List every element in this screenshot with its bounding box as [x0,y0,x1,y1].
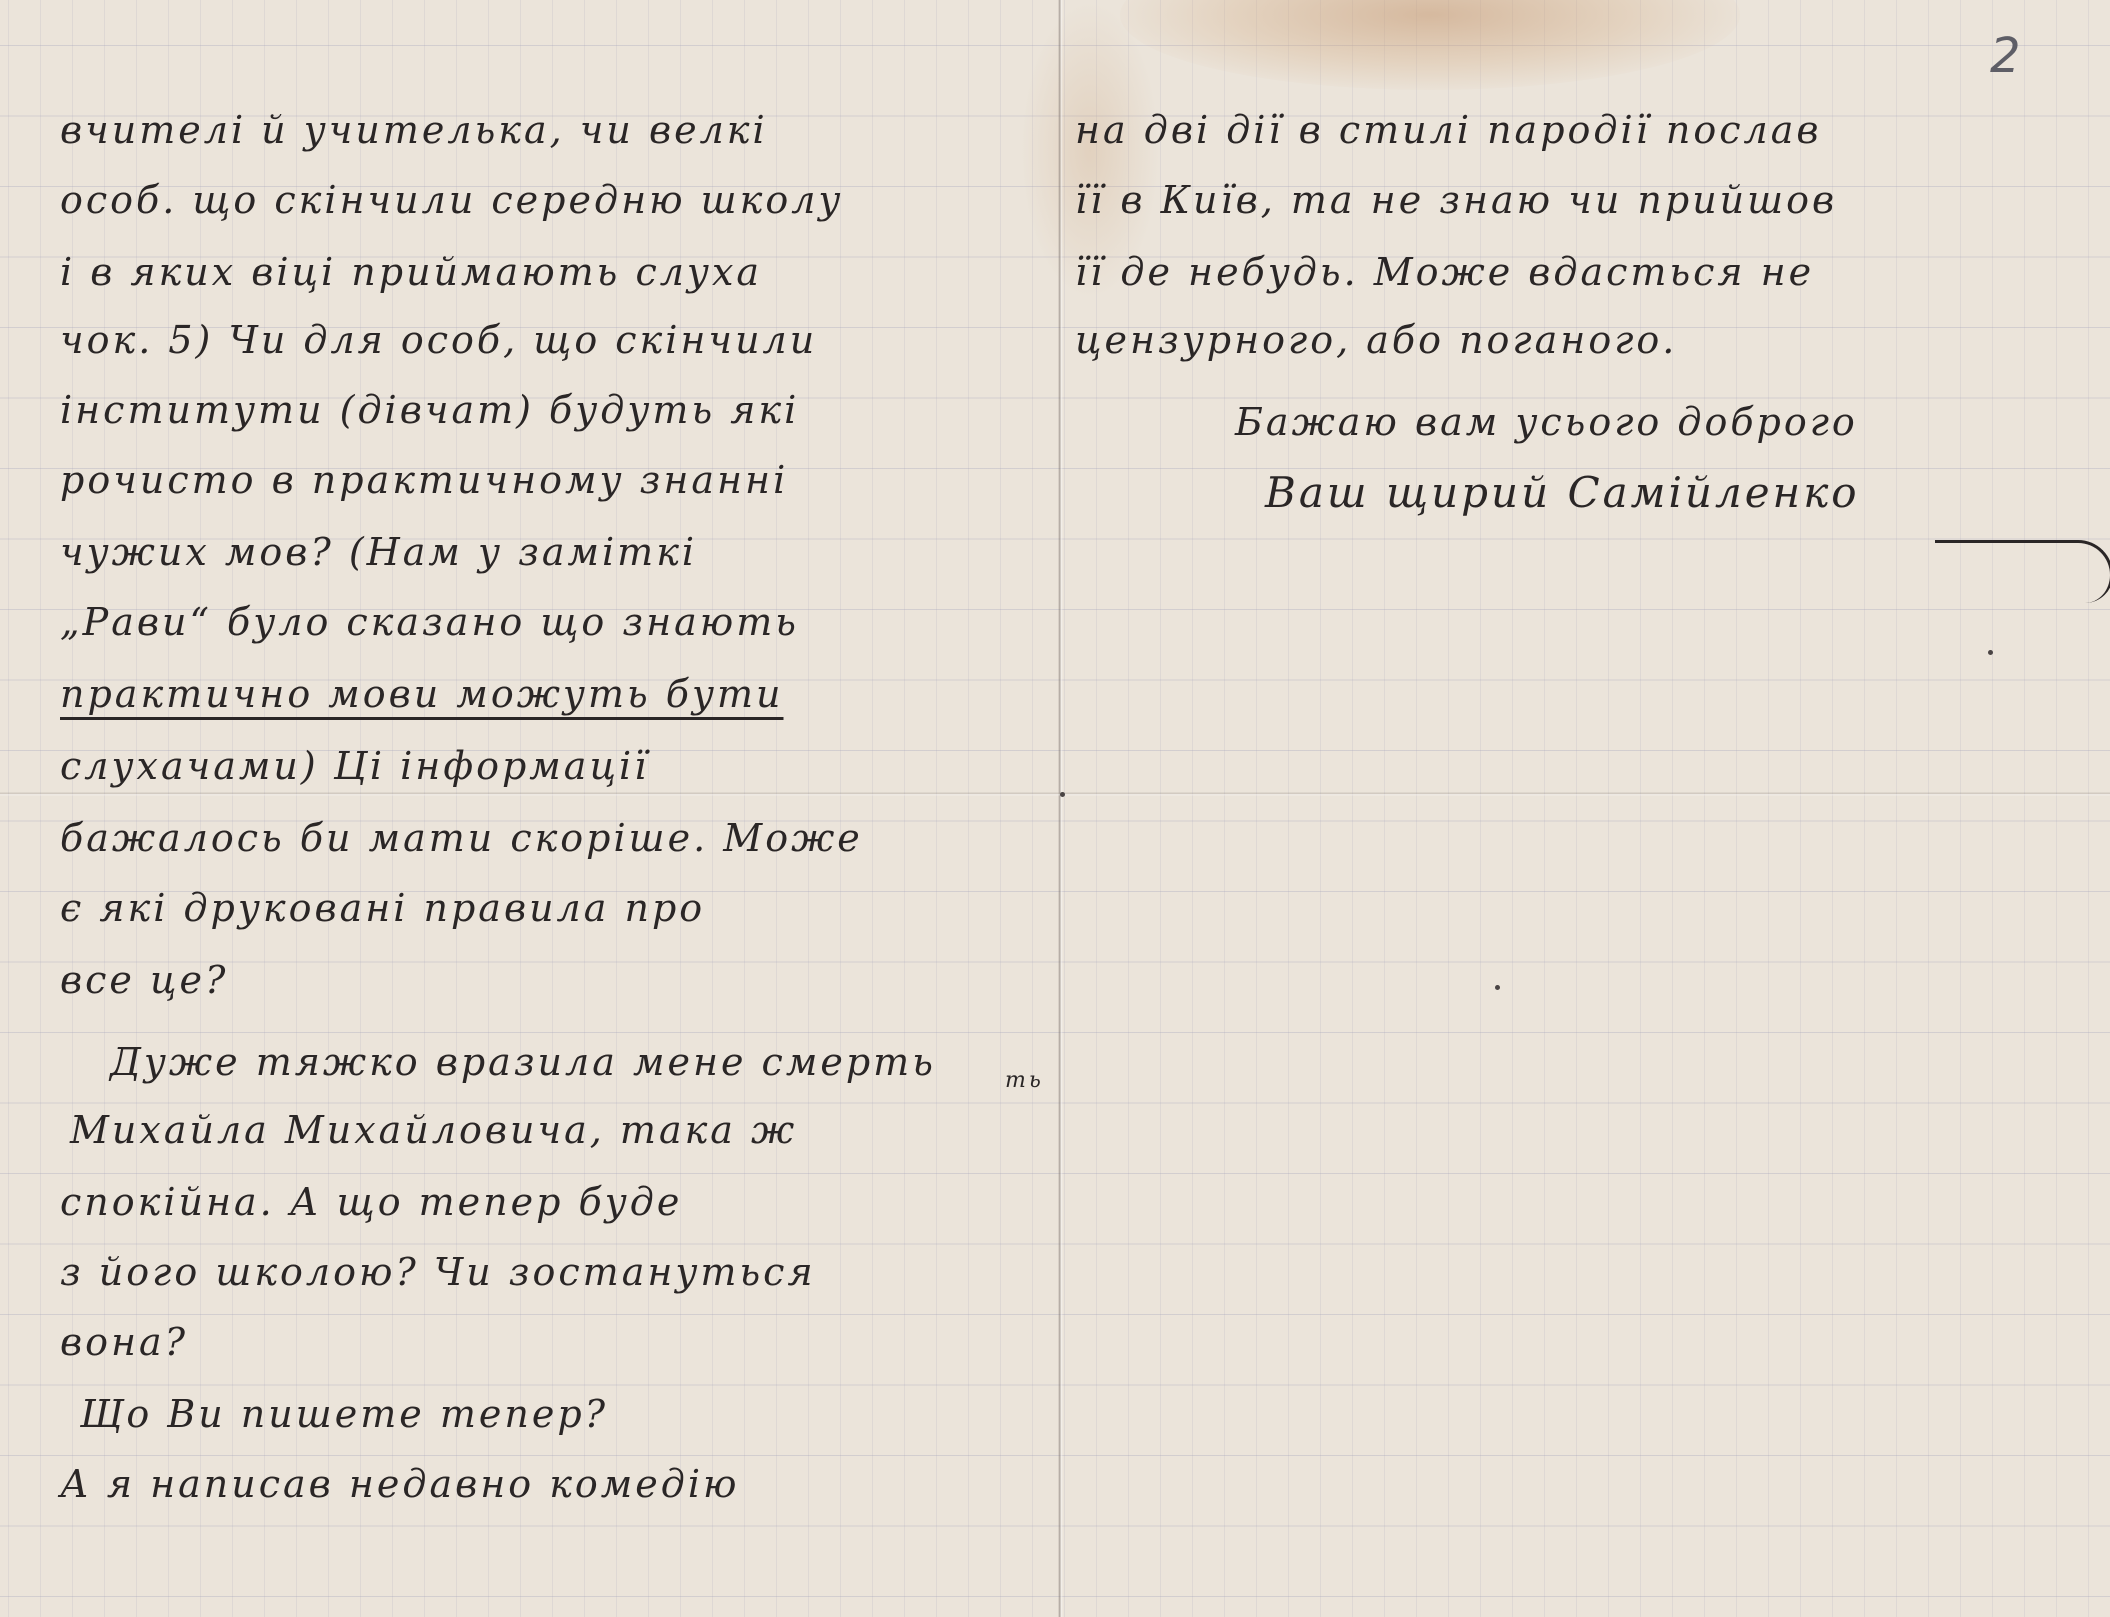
handwritten-line: цензурного, або поганого. [1075,318,1677,362]
handwritten-line: вчителі й учителька, чи велкі [60,108,768,152]
vertical-fold-crease [1058,0,1063,1617]
handwritten-line: А я написав недавно комедію [60,1462,739,1506]
horizontal-fold-crease [0,792,2110,796]
ink-dot [1495,985,1500,990]
handwritten-line: є які друковані правила про [60,886,705,930]
handwritten-line: інститути (дівчат) будуть які [60,388,799,432]
signature: Ваш щирий Самійленко [1265,468,1860,517]
handwritten-line: бажалось би мати скоріше. Може [60,816,863,860]
handwritten-line-paragraph: Дуже тяжко вразила мене смерть [110,1040,936,1084]
handwritten-line-underlined: практично мови можуть бути [60,672,784,716]
letter-sheet: 2 вчителі й учителька, чи велкі особ. що… [0,0,2110,1617]
fold-pinhole [1060,792,1065,797]
handwritten-line: чужих мов? (Нам у заміткі [60,530,697,574]
handwritten-line: і в яких віці приймають слуха [60,250,762,294]
handwritten-line: слухачами) Ці інформації [60,744,649,788]
handwritten-line: її де небудь. Може вдасться не [1075,250,1814,294]
water-stain [1120,0,1740,90]
handwritten-line: спокійна. А що тепер буде [60,1180,682,1224]
page-number: 2 [1990,28,2021,84]
handwritten-line: вона? [60,1320,188,1364]
handwritten-line: з його школою? Чи зостануться [60,1250,816,1294]
signature-flourish [1935,540,2110,603]
handwritten-line-paragraph: Що Ви пишете тепер? [80,1392,608,1436]
handwritten-line: „Рави“ було сказано що знають [60,600,799,644]
handwritten-line: рочисто в практичному знанні [60,458,788,502]
margin-note: ть [1005,1068,1044,1093]
handwritten-line: Михайла Михайловича, така ж [70,1108,797,1152]
closing-line: Бажаю вам усього доброго [1235,400,1858,444]
handwritten-line: чок. 5) Чи для особ, що скінчили [60,318,817,362]
handwritten-line: на дві дії в стилі пародії послав [1075,108,1821,152]
handwritten-line: особ. що скінчили середню школу [60,178,843,222]
handwritten-line: її в Київ, та не знаю чи прийшов [1075,178,1837,222]
handwritten-line: все це? [60,958,228,1002]
ink-dot [1988,650,1993,655]
